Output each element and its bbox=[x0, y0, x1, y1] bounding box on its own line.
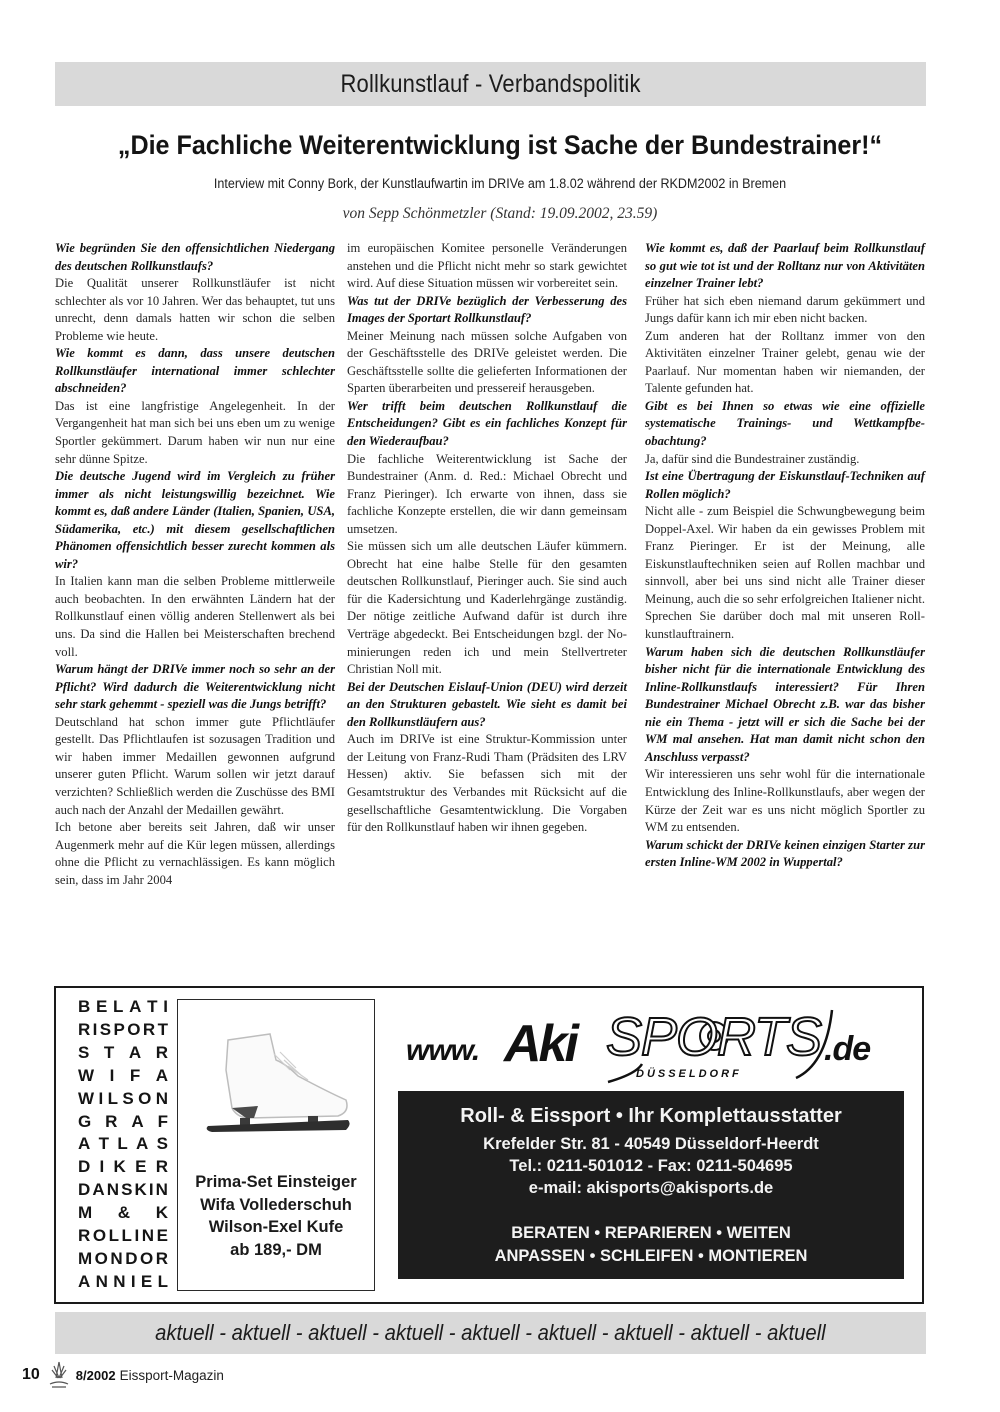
brand-name: BELATI bbox=[78, 996, 168, 1019]
page-footer: 10 8/2002 Eissport-Magazin bbox=[22, 1360, 224, 1390]
brand-name: DANSKIN bbox=[78, 1179, 168, 1202]
interview-question: Warum schickt der DRIVe keinen einzigen … bbox=[645, 837, 925, 872]
interview-answer: Die Qualität unserer Rollkunstläufer ist… bbox=[55, 275, 335, 345]
interview-question: Die deutsche Jugend wird im Vergleich zu… bbox=[55, 468, 335, 573]
article-column-1: Wie begründen Sie den offensichtlichen N… bbox=[55, 240, 335, 889]
interview-answer: im europäischen Komitee personelle Verän… bbox=[347, 240, 627, 293]
brand-name: ATLAS bbox=[78, 1133, 168, 1156]
interview-answer: Auch im DRIVe ist eine Struktur-Kommissi… bbox=[347, 731, 627, 836]
interview-answer: Wir interessieren uns sehr wohl für die … bbox=[645, 766, 925, 836]
brand-name: RISPORT bbox=[78, 1019, 168, 1042]
skate-offer-box: Prima-Set Einsteiger Wifa Vollederschuh … bbox=[177, 999, 375, 1291]
interview-answer: Meiner Meinung nach müssen solche Aufga­… bbox=[347, 328, 627, 398]
interview-question: Wie kommt es, daß der Paarlauf beim Roll… bbox=[645, 240, 925, 293]
article-subheadline: Interview mit Conny Bork, der Kunstlaufw… bbox=[72, 176, 928, 191]
magazine-name: Eissport-Magazin bbox=[120, 1368, 224, 1383]
interview-question: Was tut der DRIVe bezüglich der Verbesse… bbox=[347, 293, 627, 328]
brand-name: WILSON bbox=[78, 1088, 168, 1111]
issue-number: 8/2002 bbox=[76, 1368, 116, 1383]
article-column-3: Wie kommt es, daß der Paarlauf beim Roll… bbox=[645, 240, 925, 872]
ice-skate-icon bbox=[198, 1020, 356, 1140]
interview-question: Warum haben sich die deutschen Rollkunst… bbox=[645, 644, 925, 767]
interview-question: Bei der Deutschen Eislauf-Union (DEU) wi… bbox=[347, 679, 627, 732]
brand-list: BELATIRISPORTSTARWIFAWILSONGRAFATLASDIKE… bbox=[78, 996, 168, 1294]
interview-answer: Deutschland hat schon immer gute Pflicht… bbox=[55, 714, 335, 819]
interview-answer: Ich betone aber bereits seit Jahren, daß… bbox=[55, 819, 335, 889]
interview-question: Warum hängt der DRIVe immer noch so sehr… bbox=[55, 661, 335, 714]
ad-phone-fax: Tel.: 0211-501012 - Fax: 0211-504695 bbox=[398, 1157, 904, 1176]
brand-name: MONDOR bbox=[78, 1248, 168, 1271]
article-headline: „Die Fachliche Weiterentwicklung ist Sac… bbox=[72, 130, 928, 161]
ad-address: Krefelder Str. 81 - 40549 Düsseldorf-Hee… bbox=[398, 1135, 904, 1154]
brand-name: DIKER bbox=[78, 1156, 168, 1179]
section-title: Rollkunstlauf - Verbandspolitik bbox=[340, 70, 640, 99]
ad-email[interactable]: e-mail: akisports@akisports.de bbox=[398, 1179, 904, 1198]
skater-logo-icon bbox=[46, 1360, 72, 1390]
interview-answer: Nicht alle - zum Beispiel die Schwungbew… bbox=[645, 503, 925, 643]
interview-answer: Ja, dafür sind die Bundestrainer zuständ… bbox=[645, 451, 925, 469]
ad-tagline: Roll- & Eissport • Ihr Komplettausstatte… bbox=[398, 1105, 904, 1128]
skate-offer-text: Prima-Set Einsteiger Wifa Vollederschuh … bbox=[178, 1171, 374, 1261]
advertisement-akisports: BELATIRISPORTSTARWIFAWILSONGRAFATLASDIKE… bbox=[54, 986, 924, 1304]
brand-name: ROLLINE bbox=[78, 1225, 168, 1248]
interview-answer: Sie müssen sich um alle deutschen Läufer… bbox=[347, 538, 627, 678]
article-column-2: im europäischen Komitee personelle Verän… bbox=[347, 240, 627, 837]
article-byline: von Sepp Schönmetzler (Stand: 19.09.2002… bbox=[40, 205, 960, 223]
section-header-bar: Rollkunstlauf - Verbandspolitik bbox=[55, 62, 926, 106]
interview-answer: Früher hat sich eben niemand darum geküm… bbox=[645, 293, 925, 328]
interview-answer: Zum anderen hat der Rolltanz immer von d… bbox=[645, 328, 925, 398]
brand-name: STAR bbox=[78, 1042, 168, 1065]
brand-name: GRAF bbox=[78, 1111, 168, 1134]
interview-question: Gibt es bei Ihnen so etwas wie eine offi… bbox=[645, 398, 925, 451]
interview-question: Wie begründen Sie den offensichtlichen N… bbox=[55, 240, 335, 275]
ad-services-1: BERATEN • REPARIEREN • WEITEN bbox=[398, 1224, 904, 1243]
interview-question: Ist eine Übertragung der Eiskunstlauf-Te… bbox=[645, 468, 925, 503]
akisports-logo[interactable]: www. Aki SPORTS DÜSSELDORF .de bbox=[406, 1004, 906, 1086]
aktuell-banner: aktuell - aktuell - aktuell - aktuell - … bbox=[55, 1312, 926, 1354]
interview-question: Wer trifft beim deutschen Rollkunstlauf … bbox=[347, 398, 627, 451]
ad-services-2: ANPASSEN • SCHLEIFEN • MONTIEREN bbox=[398, 1247, 904, 1266]
interview-question: Wie kommt es dann, dass unsere deutschen… bbox=[55, 345, 335, 398]
interview-answer: Das ist eine langfristige Angelegenheit.… bbox=[55, 398, 335, 468]
interview-answer: Die fachliche Weiterentwicklung ist Sach… bbox=[347, 451, 627, 539]
contact-info-box: Roll- & Eissport • Ihr Komplettausstatte… bbox=[398, 1091, 904, 1279]
brand-name: WIFA bbox=[78, 1065, 168, 1088]
brand-name: ANNIEL bbox=[78, 1271, 168, 1294]
interview-answer: In Italien kann man die selben Probleme … bbox=[55, 573, 335, 661]
page-number: 10 bbox=[22, 1366, 40, 1384]
brand-name: M&K bbox=[78, 1202, 168, 1225]
